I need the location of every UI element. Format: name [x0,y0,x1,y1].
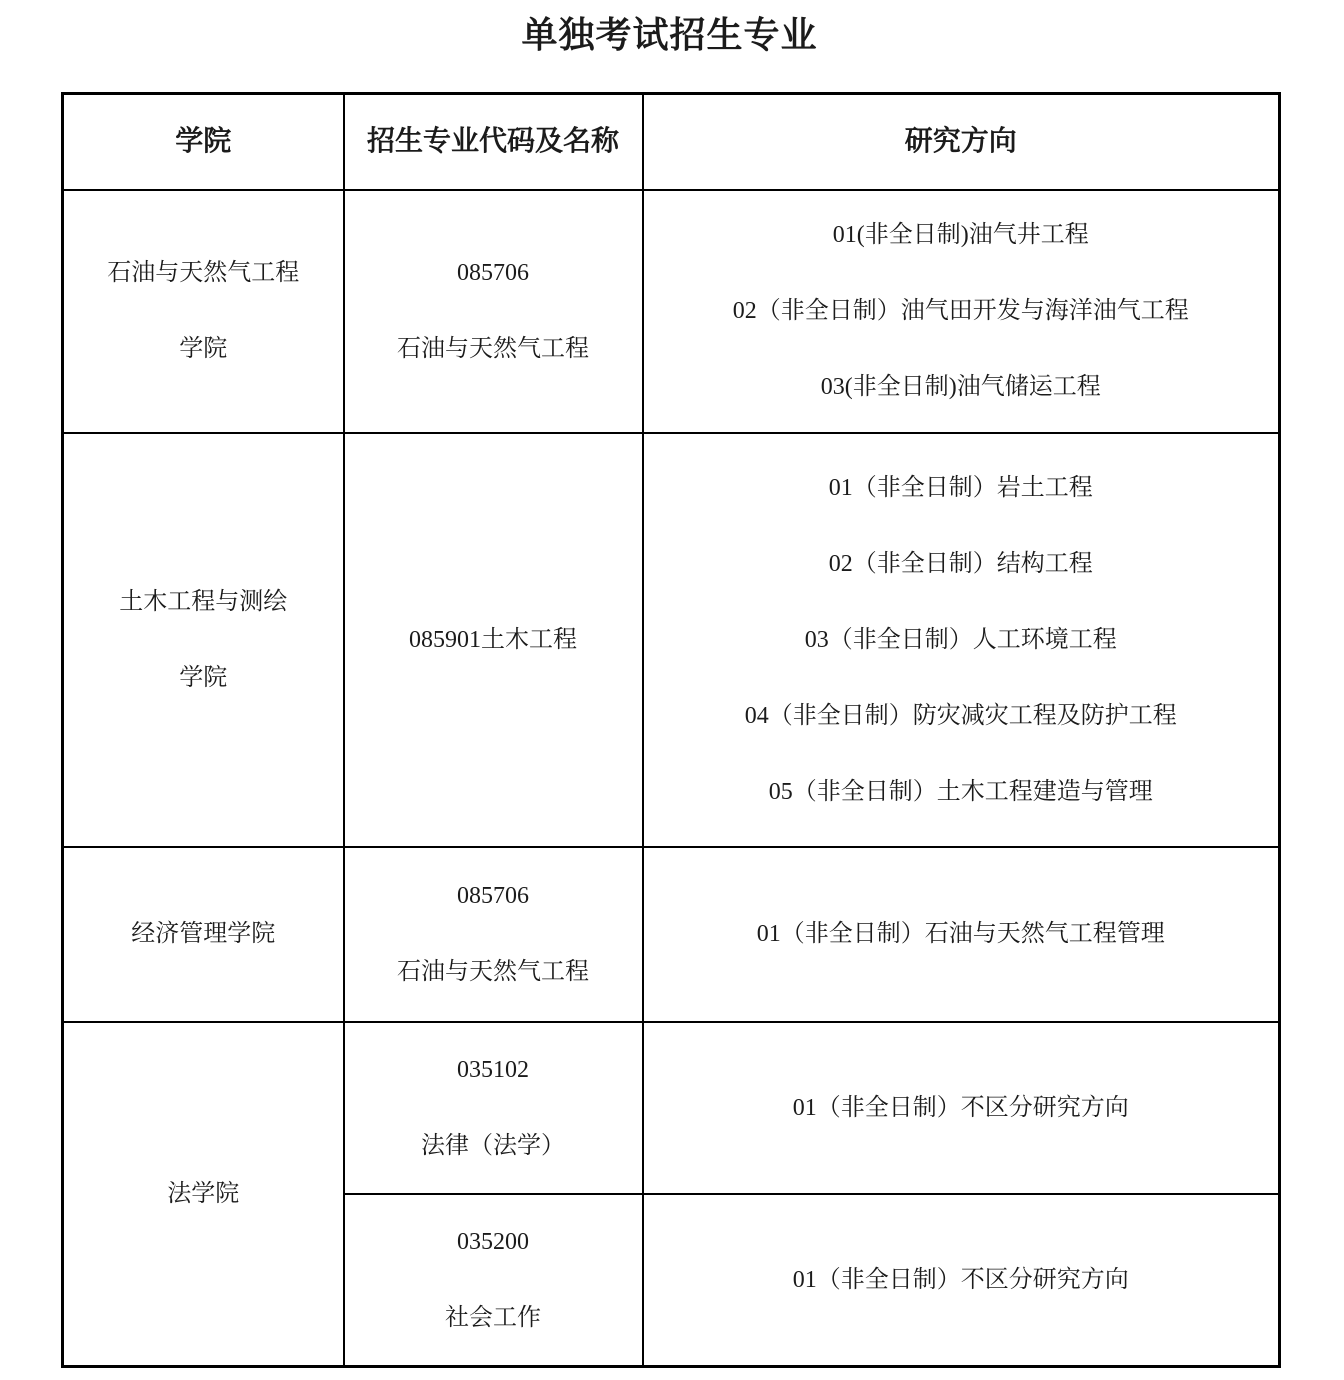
major-code-line: 085901土木工程 [345,627,642,653]
direction-item: 02（非全日制）结构工程 [644,551,1279,577]
admissions-table: 学院 招生专业代码及名称 研究方向 石油与天然气工程 学院 085706 石油与… [61,92,1281,1368]
major-code-line: 085706 [345,260,642,286]
page-title: 单独考试招生专业 [61,13,1278,57]
direction-item: 03(非全日制)油气储运工程 [644,374,1279,400]
direction-item: 02（非全日制）油气田开发与海洋油气工程 [644,298,1279,324]
college-cell: 经济管理学院 [63,847,344,1022]
major-code-cell: 035200 社会工作 [344,1194,643,1367]
direction-item: 01（非全日制）不区分研究方向 [644,1095,1279,1121]
table-row: 石油与天然气工程 学院 085706 石油与天然气工程 01(非全日制)油气井工… [63,190,1280,433]
college-line: 石油与天然气工程 [64,260,343,286]
direction-item: 01（非全日制）不区分研究方向 [644,1267,1279,1293]
directions-cell: 01（非全日制）不区分研究方向 [643,1022,1280,1194]
college-cell: 法学院 [63,1022,344,1367]
table-header-row: 学院 招生专业代码及名称 研究方向 [63,94,1280,190]
table-row: 土木工程与测绘 学院 085901土木工程 01（非全日制）岩土工程 02（非全… [63,433,1280,847]
college-cell: 石油与天然气工程 学院 [63,190,344,433]
header-research-direction: 研究方向 [643,94,1280,190]
header-major-code-name: 招生专业代码及名称 [344,94,643,190]
table-row: 经济管理学院 085706 石油与天然气工程 01（非全日制）石油与天然气工程管… [63,847,1280,1022]
college-line: 经济管理学院 [64,921,343,947]
direction-item: 01（非全日制）岩土工程 [644,475,1279,501]
major-name-line: 石油与天然气工程 [345,959,642,985]
college-line: 法学院 [64,1181,343,1207]
directions-cell: 01(非全日制)油气井工程 02（非全日制）油气田开发与海洋油气工程 03(非全… [643,190,1280,433]
directions-cell: 01（非全日制）岩土工程 02（非全日制）结构工程 03（非全日制）人工环境工程… [643,433,1280,847]
major-code-cell: 085901土木工程 [344,433,643,847]
major-name-line: 社会工作 [345,1305,642,1331]
college-line: 学院 [64,336,343,362]
direction-item: 03（非全日制）人工环境工程 [644,627,1279,653]
direction-item: 05（非全日制）土木工程建造与管理 [644,779,1279,805]
major-code-cell: 085706 石油与天然气工程 [344,847,643,1022]
direction-item: 01（非全日制）石油与天然气工程管理 [644,921,1279,947]
major-code-cell: 035102 法律（法学） [344,1022,643,1194]
header-college: 学院 [63,94,344,190]
directions-cell: 01（非全日制）石油与天然气工程管理 [643,847,1280,1022]
major-code-line: 035102 [345,1057,642,1083]
major-name-line: 石油与天然气工程 [345,336,642,362]
major-name-line: 法律（法学） [345,1133,642,1159]
major-code-cell: 085706 石油与天然气工程 [344,190,643,433]
college-line: 土木工程与测绘 [64,589,343,615]
table-row: 法学院 035102 法律（法学） 01（非全日制）不区分研究方向 [63,1022,1280,1194]
direction-item: 04（非全日制）防灾减灾工程及防护工程 [644,703,1279,729]
college-line: 学院 [64,665,343,691]
direction-item: 01(非全日制)油气井工程 [644,222,1279,248]
college-cell: 土木工程与测绘 学院 [63,433,344,847]
directions-cell: 01（非全日制）不区分研究方向 [643,1194,1280,1367]
major-code-line: 035200 [345,1229,642,1255]
major-code-line: 085706 [345,883,642,909]
